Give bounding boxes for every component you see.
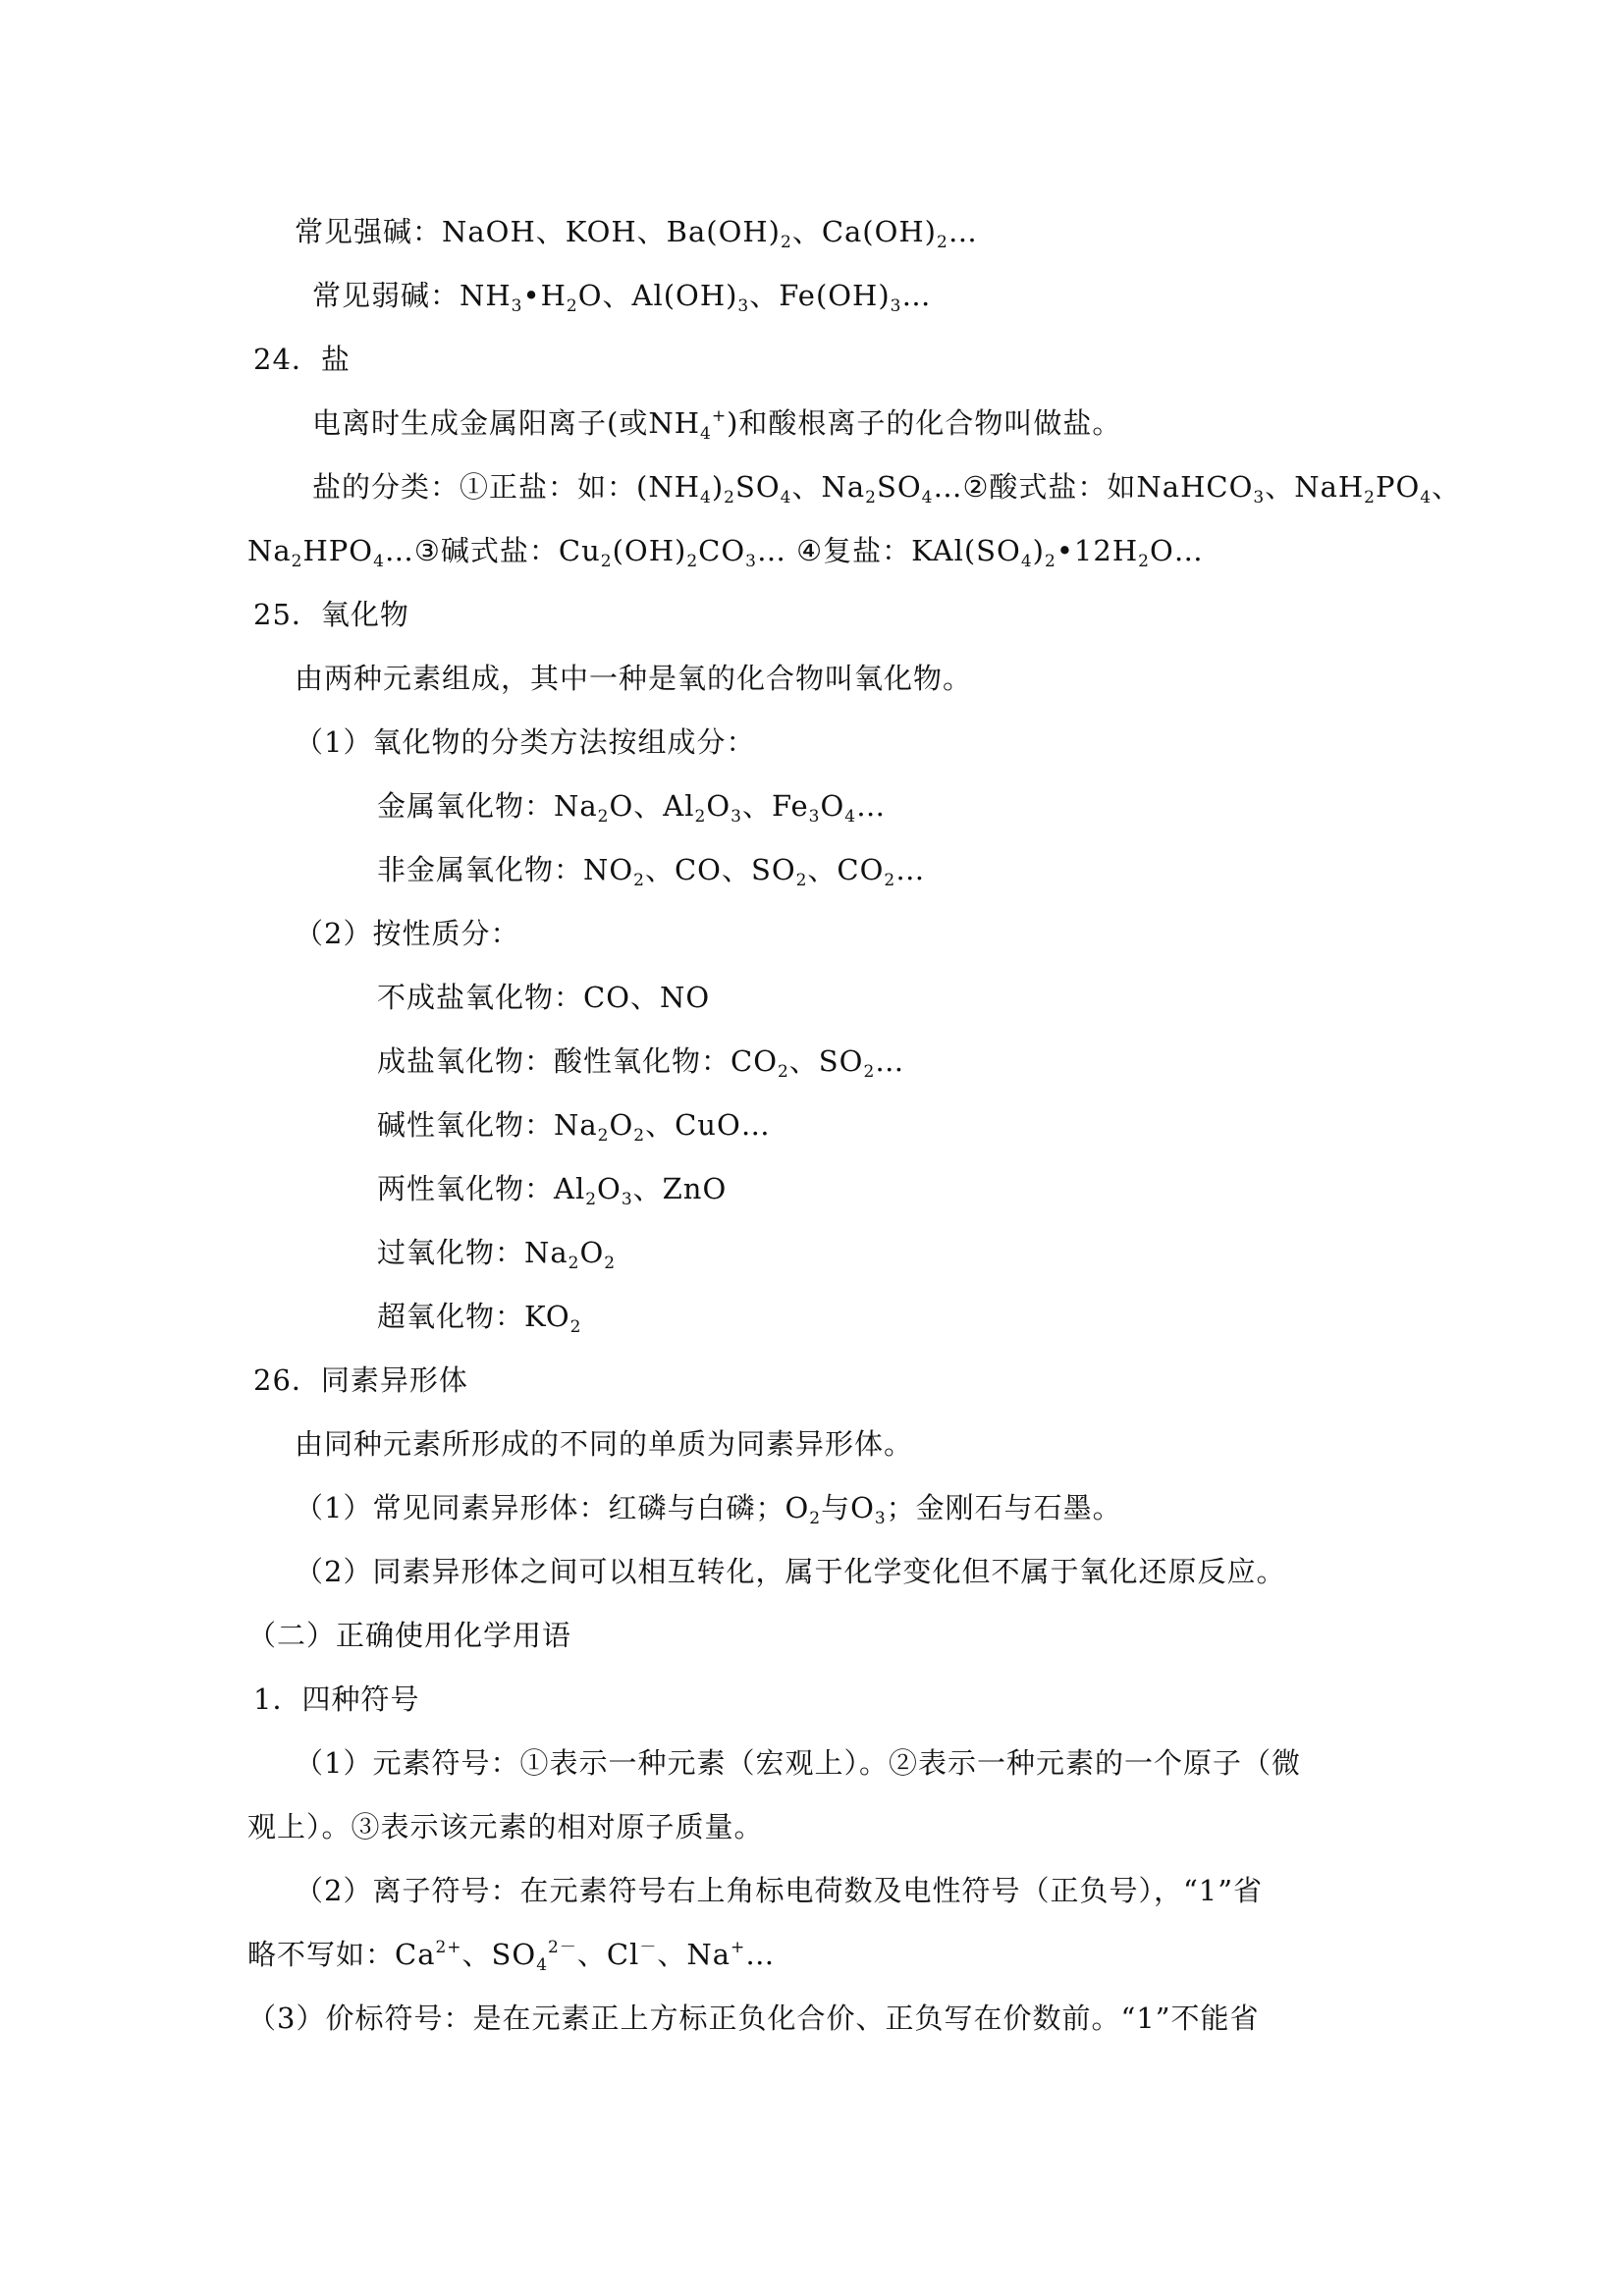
subscript: 4 [700, 488, 712, 507]
subscript: 3 [745, 552, 757, 571]
text-segment: 盐的分类：①正盐：如：(NH [312, 470, 700, 504]
subscript: 3 [512, 296, 523, 316]
text-segment: 与O [821, 1491, 875, 1524]
text-line-allotrope-def: 由同种元素所形成的不同的单质为同素异形体。 [295, 1424, 913, 1464]
text-segment: … ④复盐：KAl(SO [757, 534, 1021, 567]
text-segment: 、Na [791, 470, 865, 504]
text-line-heading-24: 24．盐 [253, 340, 351, 379]
text-segment: 、Fe(OH) [749, 279, 890, 312]
text-segment: 、Cl [577, 1938, 639, 1971]
subscript: 3 [1253, 488, 1265, 507]
text-line-salt-def: 电离时生成金属阳离子(或NH4+)和酸根离子的化合物叫做盐。 [312, 403, 1121, 443]
subscript: 3 [875, 1509, 887, 1528]
text-segment: （二）正确使用化学用语 [247, 1619, 571, 1652]
text-segment: O、Al(OH) [578, 279, 738, 312]
subscript: 2 [598, 807, 610, 827]
subscript: 2 [604, 1254, 616, 1273]
text-segment: （2）离子符号：在元素符号右上角标电荷数及电性符号（正负号），“1”省 [295, 1874, 1263, 1907]
text-segment: （1）氧化物的分类方法按组成分： [295, 725, 755, 759]
text-segment: 、ZnO [633, 1172, 728, 1205]
text-line-symbol-2a: （2）离子符号：在元素符号右上角标电荷数及电性符号（正负号），“1”省 [295, 1871, 1263, 1910]
text-segment: 电离时生成金属阳离子(或NH [312, 406, 700, 440]
text-segment: O [597, 1172, 622, 1205]
text-line-strong-base: 常见强碱：NaOH、KOH、Ba(OH)2、Ca(OH)2… [295, 212, 978, 251]
text-line-symbol-2b: 略不写如：Ca2+、SO42－、Cl－、Na+… [247, 1935, 775, 1974]
subscript: 2 [695, 807, 707, 827]
subscript: 2 [568, 1254, 580, 1273]
text-line-basic-oxide: 碱性氧化物：Na2O2、CuO… [377, 1105, 771, 1145]
subscript: 4 [1021, 552, 1033, 571]
text-segment: O… [1150, 534, 1204, 567]
text-line-oxide-def: 由两种元素组成，其中一种是氧的化合物叫氧化物。 [295, 659, 972, 698]
text-segment: …③碱式盐：Cu [385, 534, 601, 567]
text-segment: 两性氧化物：Al [377, 1172, 585, 1205]
text-line-peroxide: 过氧化物：Na2O2 [377, 1233, 616, 1272]
text-line-nonmetal-oxide: 非金属氧化物：NO2、CO、SO2、CO2… [377, 850, 925, 889]
superscript: + [712, 406, 727, 426]
text-segment: 超氧化物：KO [377, 1300, 570, 1333]
text-line-oxide-2: （2）按性质分： [295, 914, 519, 953]
subscript: 3 [622, 1190, 633, 1209]
text-segment: ) [1033, 534, 1045, 567]
text-segment: 不成盐氧化物：CO、NO [377, 981, 710, 1014]
subscript: 2 [585, 1190, 597, 1209]
text-segment: )和酸根离子的化合物叫做盐。 [727, 406, 1121, 440]
text-segment: 、Fe [742, 789, 809, 823]
text-segment: SO [877, 470, 922, 504]
text-segment: 由两种元素组成，其中一种是氧的化合物叫氧化物。 [295, 662, 972, 695]
text-segment: HPO [303, 534, 374, 567]
text-segment: 、SO [789, 1044, 864, 1078]
document-page: 常见强碱：NaOH、KOH、Ba(OH)2、Ca(OH)2…常见弱碱：NH3•H… [0, 0, 1624, 2296]
text-segment: 观上）。③表示该元素的相对原子质量。 [247, 1810, 764, 1843]
text-segment: •H [523, 279, 567, 312]
subscript: 4 [781, 488, 792, 507]
text-segment: … [875, 1044, 904, 1078]
text-line-weak-base: 常见弱碱：NH3•H2O、Al(OH)3、Fe(OH)3… [312, 276, 931, 315]
text-line-heading-1: 1．四种符号 [253, 1680, 419, 1719]
text-segment: （1）常见同素异形体：红磷与白磷；O [295, 1491, 809, 1524]
text-segment: 、NaH [1265, 470, 1364, 504]
text-line-section-2: （二）正确使用化学用语 [247, 1616, 571, 1655]
text-segment: O [580, 1236, 605, 1269]
subscript: 2 [292, 552, 303, 571]
text-segment: 、 [1432, 470, 1461, 504]
text-segment: 、CO、SO [645, 853, 796, 886]
subscript: 2 [863, 1062, 875, 1082]
subscript: 2 [1045, 552, 1056, 571]
text-line-heading-26: 26．同素异形体 [253, 1361, 468, 1400]
superscript: － [639, 1938, 657, 1957]
text-segment: 24．盐 [253, 343, 351, 376]
text-segment: SO [735, 470, 781, 504]
text-segment: 、Ca(OH) [792, 215, 937, 248]
text-segment: O、Al [610, 789, 695, 823]
text-segment: PO [1376, 470, 1420, 504]
text-line-heading-25: 25．氧化物 [253, 595, 409, 634]
text-segment: Na [247, 534, 292, 567]
text-segment: （3）价标符号：是在元素正上方标正负化合价、正负写在价数前。“1”不能省 [247, 2002, 1260, 2035]
subscript: 2 [633, 1126, 645, 1146]
subscript: 3 [737, 296, 749, 316]
text-segment: O [820, 789, 844, 823]
text-segment: (OH) [613, 534, 687, 567]
text-line-symbol-3a: （3）价标符号：是在元素正上方标正负化合价、正负写在价数前。“1”不能省 [247, 1999, 1260, 2038]
text-line-allotrope-2: （2）同素异形体之间可以相互转化，属于化学变化但不属于氧化还原反应。 [295, 1552, 1285, 1591]
subscript: 3 [731, 807, 742, 827]
text-segment: O [610, 1108, 634, 1142]
text-segment: 、CO [807, 853, 884, 886]
subscript: 3 [809, 807, 821, 827]
superscript: 2+ [435, 1938, 461, 1957]
text-line-metal-oxide: 金属氧化物：Na2O、Al2O3、Fe3O4… [377, 786, 886, 826]
text-segment: …②酸式盐：如NaHCO [933, 470, 1253, 504]
text-segment: 常见强碱：NaOH、KOH、Ba(OH) [295, 215, 781, 248]
text-segment: CO [698, 534, 745, 567]
subscript: 4 [922, 488, 934, 507]
text-line-symbol-1a: （1）元素符号：①表示一种元素（宏观上）。②表示一种元素的一个原子（微 [295, 1743, 1301, 1783]
subscript: 2 [601, 552, 613, 571]
subscript: 2 [567, 296, 578, 316]
superscript: + [731, 1938, 745, 1957]
text-segment: （1）元素符号：①表示一种元素（宏观上）。②表示一种元素的一个原子（微 [295, 1746, 1301, 1780]
text-line-salt-class-1: 盐的分类：①正盐：如：(NH4)2SO4、Na2SO4…②酸式盐：如NaHCO3… [312, 467, 1461, 507]
subscript: 2 [633, 871, 645, 890]
text-segment: 1．四种符号 [253, 1682, 419, 1716]
subscript: 4 [536, 1955, 548, 1975]
text-segment: 常见弱碱：NH [312, 279, 512, 312]
subscript: 4 [373, 552, 385, 571]
subscript: 4 [700, 424, 712, 444]
subscript: 2 [778, 1062, 789, 1082]
subscript: 2 [686, 552, 698, 571]
text-segment: 过氧化物：Na [377, 1236, 568, 1269]
text-segment: •12H [1056, 534, 1138, 567]
superscript: 2－ [548, 1938, 577, 1957]
text-line-oxide-1: （1）氧化物的分类方法按组成分： [295, 722, 755, 762]
text-segment: … [895, 853, 925, 886]
text-segment: 、Na [657, 1938, 731, 1971]
text-segment: 非金属氧化物：NO [377, 853, 633, 886]
subscript: 4 [844, 807, 856, 827]
subscript: 2 [937, 233, 948, 252]
text-line-allotrope-1: （1）常见同素异形体：红磷与白磷；O2与O3；金刚石与石墨。 [295, 1488, 1122, 1527]
text-segment: 金属氧化物：Na [377, 789, 598, 823]
subscript: 2 [1138, 552, 1150, 571]
text-line-salt-oxide: 成盐氧化物：酸性氧化物：CO2、SO2… [377, 1041, 904, 1081]
text-segment: ；金刚石与石墨。 [887, 1491, 1122, 1524]
text-segment: 由同种元素所形成的不同的单质为同素异形体。 [295, 1427, 913, 1461]
text-segment: … [948, 215, 978, 248]
text-segment: ) [712, 470, 724, 504]
text-segment: （2）按性质分： [295, 917, 519, 950]
text-line-symbol-1b: 观上）。③表示该元素的相对原子质量。 [247, 1807, 764, 1846]
subscript: 2 [796, 871, 808, 890]
text-segment: 碱性氧化物：Na [377, 1108, 598, 1142]
subscript: 2 [570, 1317, 582, 1337]
text-segment: … [901, 279, 931, 312]
text-line-amphoteric-oxide: 两性氧化物：Al2O3、ZnO [377, 1169, 727, 1208]
text-line-salt-class-2: Na2HPO4…③碱式盐：Cu2(OH)2CO3… ④复盐：KAl(SO4)2•… [247, 531, 1204, 570]
subscript: 4 [1420, 488, 1432, 507]
subscript: 2 [1364, 488, 1376, 507]
subscript: 2 [781, 233, 792, 252]
text-segment: 25．氧化物 [253, 598, 409, 631]
subscript: 2 [865, 488, 877, 507]
subscript: 3 [891, 296, 902, 316]
text-segment: 成盐氧化物：酸性氧化物：CO [377, 1044, 778, 1078]
subscript: 2 [884, 871, 895, 890]
subscript: 2 [724, 488, 735, 507]
text-segment: … [856, 789, 886, 823]
subscript: 2 [598, 1126, 610, 1146]
text-segment: 、CuO… [645, 1108, 771, 1142]
subscript: 2 [809, 1509, 821, 1528]
text-segment: … [745, 1938, 775, 1971]
text-line-non-salt-oxide: 不成盐氧化物：CO、NO [377, 978, 710, 1017]
text-segment: 26．同素异形体 [253, 1363, 468, 1397]
text-line-superoxide: 超氧化物：KO2 [377, 1297, 582, 1336]
text-segment: 略不写如：Ca [247, 1938, 435, 1971]
text-segment: 、SO [462, 1938, 537, 1971]
text-segment: O [706, 789, 731, 823]
text-segment: （2）同素异形体之间可以相互转化，属于化学变化但不属于氧化还原反应。 [295, 1555, 1285, 1588]
